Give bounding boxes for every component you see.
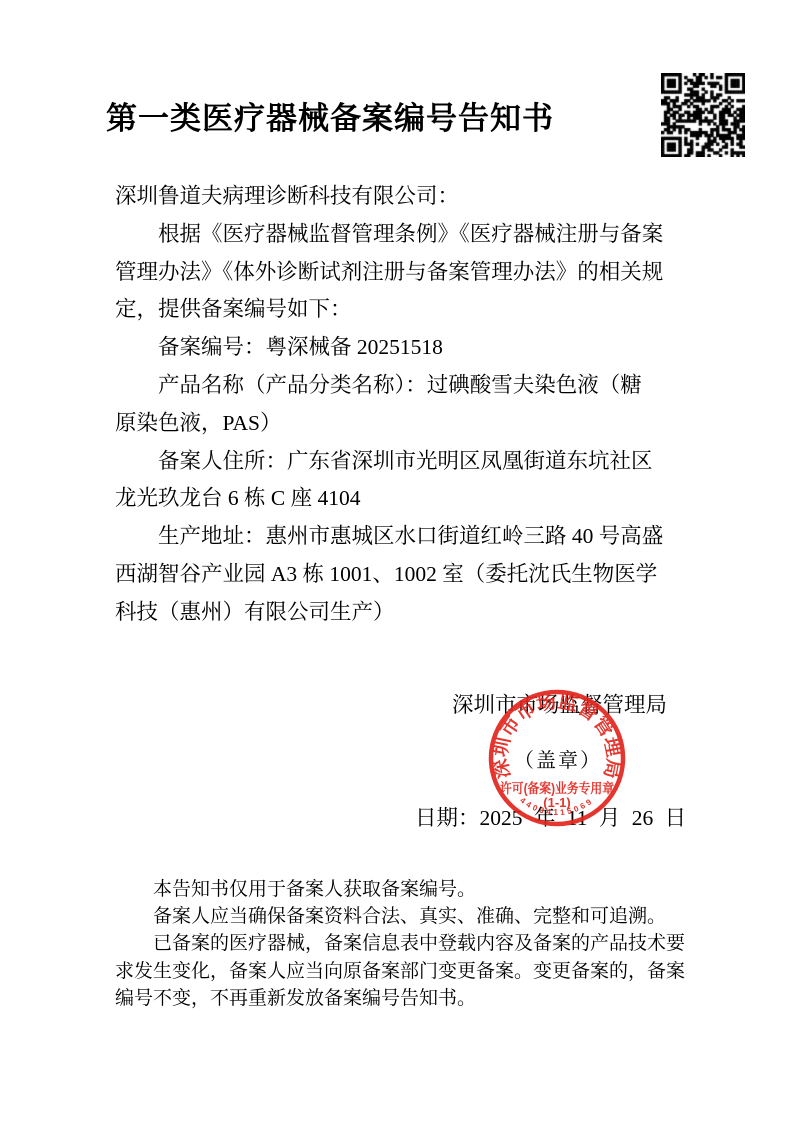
product-name-line-2: 原染色液，PAS） [115,405,715,443]
filing-number-line: 备案编号：粤深械备 20251518 [115,329,715,367]
product-name-line: 产品名称（产品分类名称）：过碘酸雪夫染色液（糖 [115,367,715,405]
document-body: 深圳鲁道夫病理诊断科技有限公司： 根据《医疗器械监督管理条例》《医疗器械注册与备… [115,178,715,632]
footer-note: 编号不变，不再重新发放备案编号告知书。 [115,985,715,1012]
footer-note: 求发生变化，备案人应当向原备案部门变更备案。变更备案的，备案 [115,958,715,985]
production-address-line-3: 科技（惠州）有限公司生产） [115,594,715,632]
footer-note: 备案人应当确保备案资料合法、真实、准确、完整和可追溯。 [115,903,715,930]
production-address-line-2: 西湖智谷产业园 A3 栋 1001、1002 室（委托沈氏生物医学 [115,556,715,594]
issue-date: 日期：2025 年 11 月 26 日 [415,801,686,832]
registrant-address-line-2: 龙光玖龙台 6 栋 C 座 4104 [115,480,715,518]
recipient-line: 深圳鲁道夫病理诊断科技有限公司： [115,178,715,216]
issuer-agency: 深圳市市场监督管理局 [452,688,667,719]
page-title: 第一类医疗器械备案编号告知书 [0,93,660,138]
body-line: 定，提供备案编号如下： [115,291,715,329]
footer-note: 本告知书仅用于备案人获取备案编号。 [115,876,715,903]
seal-note: （盖章） [514,744,602,773]
body-line: 管理办法》《体外诊断试剂注册与备案管理办法》的相关规 [115,254,715,292]
registrant-address-line: 备案人住所：广东省深圳市光明区凤凰街道东坑社区 [115,443,715,481]
document-page: 第一类医疗器械备案编号告知书 深圳鲁道夫病理诊断科技有限公司： 根据《医疗器械监… [0,0,794,1123]
production-address-line: 生产地址：惠州市惠城区水口街道红岭三路 40 号高盛 [115,518,715,556]
stamp-center-line: 许可(备案)业务专用章 [500,780,614,796]
footer-note: 已备案的医疗器械，备案信息表中登载内容及备案的产品技术要 [115,930,715,957]
footer-notes: 本告知书仅用于备案人获取备案编号。 备案人应当确保备案资料合法、真实、准确、完整… [115,876,715,1012]
qr-code-icon [661,73,745,157]
body-line: 根据《医疗器械监督管理条例》《医疗器械注册与备案 [115,216,715,254]
